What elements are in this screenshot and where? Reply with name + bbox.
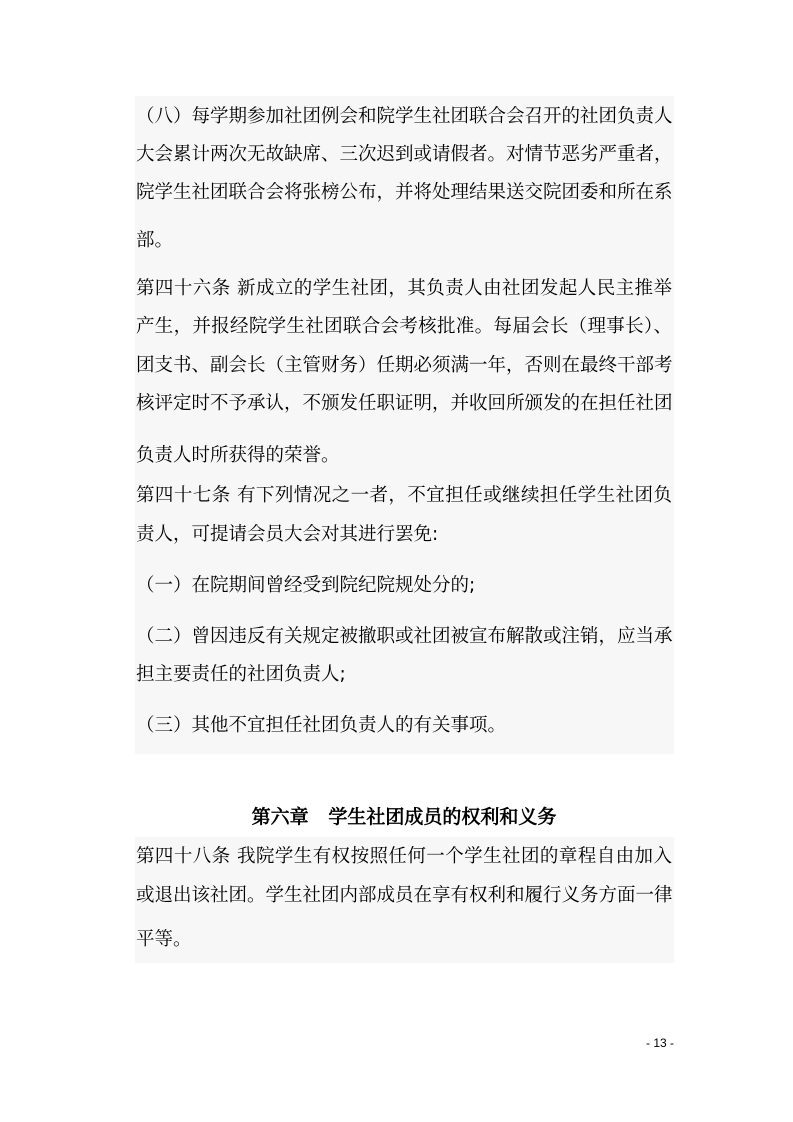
text-line: （二）曾因违反有关规定被撤职或社团被宣布解散或注销，应当承 — [136, 624, 672, 650]
text-line: 团支书、副会长（主管财务）任期必须满一年，否则在最终干部考 — [136, 353, 672, 379]
text-line: 第四十八条 我院学生有权按照任何一个学生社团的章程自由加入 — [136, 844, 672, 870]
text-line: 部。 — [136, 228, 672, 254]
text-line: 负责人时所获得的荣誉。 — [136, 443, 672, 469]
text-line: （三）其他不宜担任社团负责人的有关事项。 — [136, 713, 672, 739]
text-line: 担主要责任的社团负责人; — [136, 662, 672, 688]
chapter-heading: 第六章 学生社团成员的权利和义务 — [136, 804, 672, 830]
text-line: 平等。 — [136, 927, 672, 953]
text-line: 产生，并报经院学生社团联合会考核批准。每届会长（理事长）、 — [136, 314, 672, 340]
text-line: 责人，可提请会员大会对其进行罢免: — [136, 522, 672, 548]
text-line: 第四十六条 新成立的学生社团，其负责人由社团发起人民主推举 — [136, 276, 672, 302]
text-line: 或退出该社团。学生社团内部成员在享有权利和履行义务方面一律 — [136, 883, 672, 909]
text-line: 核评定时不予承认，不颁发任职证明，并收回所颁发的在担任社团 — [136, 391, 672, 417]
text-line: 大会累计两次无故缺席、三次迟到或请假者。对情节恶劣严重者， — [136, 142, 672, 168]
text-line: （一）在院期间曾经受到院纪院规处分的; — [136, 573, 672, 599]
page-number: - 13 - — [600, 1036, 720, 1050]
text-line: 第四十七条 有下列情况之一者，不宜担任或继续担任学生社团负 — [136, 483, 672, 509]
text-line: 院学生社团联合会将张榜公布，并将处理结果送交院团委和所在系 — [136, 180, 672, 206]
text-line: （八）每学期参加社团例会和院学生社团联合会召开的社团负责人 — [136, 104, 672, 130]
